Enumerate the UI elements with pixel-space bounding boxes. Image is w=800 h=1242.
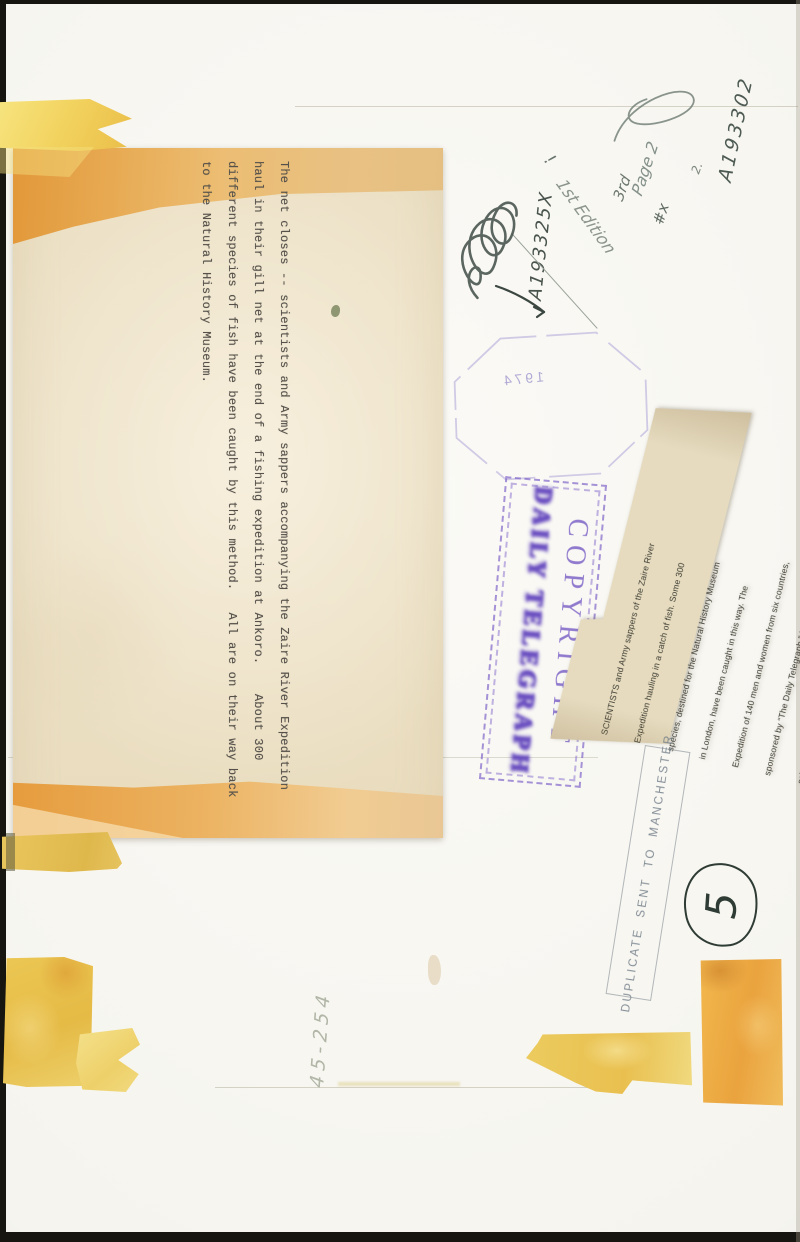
arrow-icon bbox=[494, 280, 556, 324]
tape-top-left bbox=[0, 99, 132, 151]
tape-shadow-sliver bbox=[6, 833, 15, 871]
caption-line: The net closes -- scientists and Army sa… bbox=[271, 161, 297, 821]
crease-line bbox=[295, 106, 798, 107]
flourish-icon bbox=[601, 77, 707, 154]
handwritten-ref-number: A193302 bbox=[708, 41, 765, 216]
ink-speck bbox=[331, 305, 340, 317]
tape-residue-smear bbox=[338, 1082, 460, 1086]
handwritten-hash-note: #x bbox=[645, 187, 678, 240]
handwritten-2-note: 2. bbox=[685, 152, 708, 185]
tape-bottom-right bbox=[699, 959, 783, 1107]
scan-edge-top bbox=[0, 0, 800, 4]
tape-residue-speck bbox=[428, 955, 441, 985]
pencil-number-bottom: 45-254 bbox=[303, 945, 338, 1133]
typed-caption: The net closes -- scientists and Army sa… bbox=[193, 161, 297, 821]
caption-line: haul in their gill net at the end of a f… bbox=[245, 161, 271, 821]
duplicate-stamp-text: DUPLICATE SENT TO MANCHESTER bbox=[620, 733, 676, 1013]
tape-sheet-bottom-left bbox=[2, 832, 122, 872]
circled-number: 5 bbox=[679, 858, 764, 951]
photo-back-scan: The net closes -- scientists and Army sa… bbox=[0, 0, 800, 1242]
tape-bottom-left-small bbox=[76, 1028, 140, 1092]
tape-bottom-center bbox=[526, 1032, 692, 1094]
crease-line bbox=[215, 1087, 613, 1088]
duplicate-stamp: DUPLICATE SENT TO MANCHESTER bbox=[606, 745, 691, 1001]
caption-line: different species of fish have been caug… bbox=[219, 161, 245, 821]
circled-number-digit: 5 bbox=[696, 890, 747, 920]
scan-edge-bottom bbox=[0, 1232, 800, 1242]
newspaper-clipping: SCIENTISTS and Army sappers of the Zaire… bbox=[540, 393, 754, 757]
caption-line: to the Natural History Museum. bbox=[193, 161, 219, 821]
